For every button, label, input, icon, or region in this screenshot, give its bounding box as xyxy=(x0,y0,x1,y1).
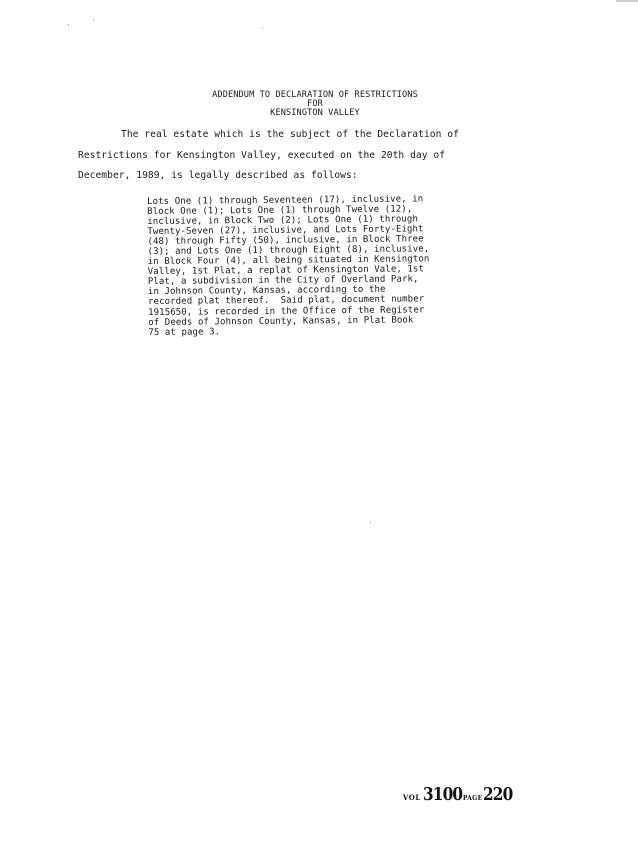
intro-paragraph-line-3: December, 1989, is legally described as … xyxy=(78,170,358,181)
document-page: ADDENDUM TO DECLARATION OF RESTRICTIONS … xyxy=(0,0,638,863)
scan-speck xyxy=(93,19,94,20)
page-label: PAGE xyxy=(463,795,483,802)
intro-paragraph-line-2: Restrictions for Kensington Valley, exec… xyxy=(78,150,445,161)
scan-speck xyxy=(68,24,69,25)
scan-speck xyxy=(370,522,371,523)
recording-stamp: VOL 3100 PAGE 220 xyxy=(403,784,518,805)
volume-label: VOL xyxy=(403,793,421,802)
document-title-line-3: KENSINGTON VALLEY xyxy=(150,109,480,119)
intro-paragraph-line-1: The real estate which is the subject of … xyxy=(121,129,459,140)
scan-edge-mark xyxy=(616,0,638,2)
scan-speck xyxy=(262,28,263,29)
legal-description-block: Lots One (1) through Seventeen (17), inc… xyxy=(147,194,468,338)
volume-number: 3100 xyxy=(423,784,457,805)
page-number: 220 xyxy=(483,784,512,805)
